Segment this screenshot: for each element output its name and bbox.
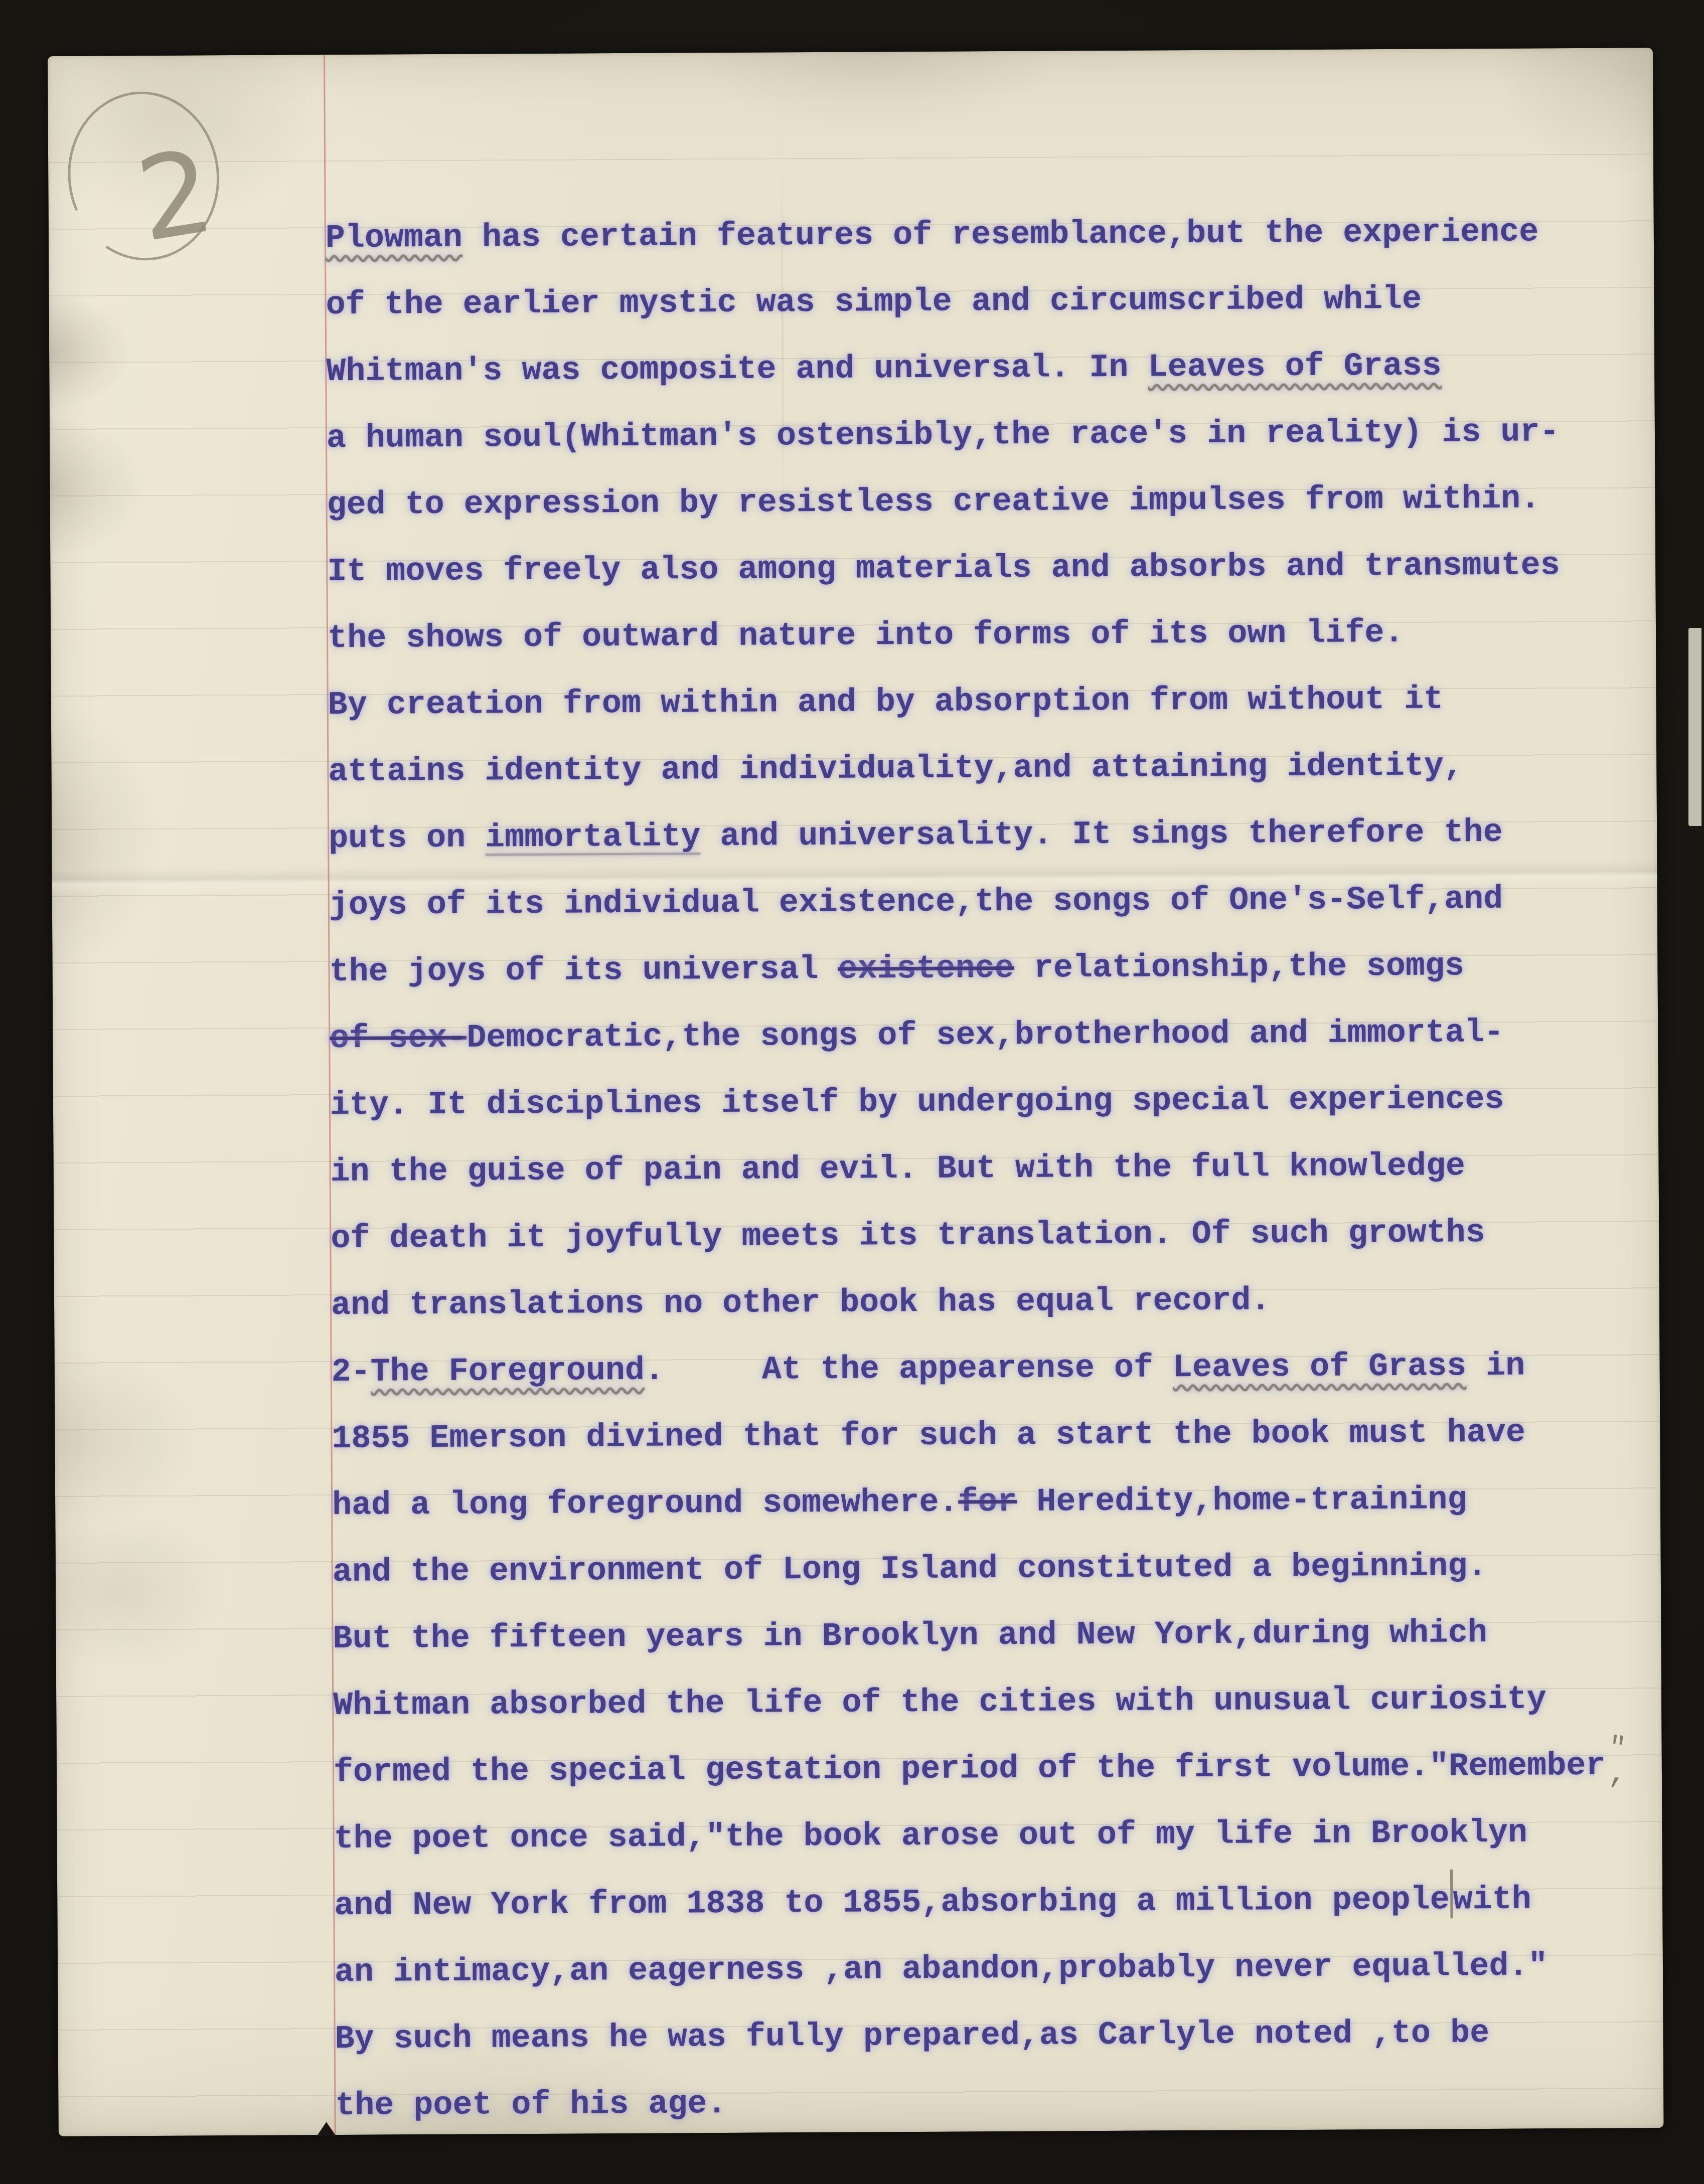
typed-line-29: the poet of his age. xyxy=(335,2066,1660,2139)
typed-line-12: the joys of its universal existence rela… xyxy=(329,932,1654,1005)
seg-u-pencil: The Foreground xyxy=(371,1352,645,1391)
seg-u-pencil: Leaves of Grass xyxy=(1148,347,1441,386)
text-segment: in the guise of pain and evil. But with … xyxy=(330,1147,1465,1191)
text-segment: has certain features of resemblance,but … xyxy=(462,213,1539,256)
seg-u-pencil: Plowman xyxy=(326,219,462,257)
seg-u-faint: immortality xyxy=(485,818,700,856)
text-segment: relationship,the somgs xyxy=(1014,947,1465,987)
seg-strike: of sex- xyxy=(330,1020,467,1057)
text-segment: Whitman absorbed the life of the cities … xyxy=(333,1681,1546,1724)
text-segment: ged to expression by resistless creative… xyxy=(327,480,1540,524)
typed-line-6: It moves freely also among materials and… xyxy=(327,532,1652,605)
typed-line-9: attains identity and individuality,and a… xyxy=(328,732,1653,805)
typed-line-8: By creation from within and by absorptio… xyxy=(328,665,1652,739)
text-segment: the poet of his age. xyxy=(335,2085,727,2124)
typed-line-26: and New York from 1838 to 1855,absorbing… xyxy=(334,1866,1659,1939)
text-segment: Heredity,home-training xyxy=(1017,1481,1467,1521)
typed-line-10: puts on immortality and universality. It… xyxy=(329,798,1653,872)
manuscript-page: 2 Plowman has certain features of resemb… xyxy=(48,48,1664,2136)
text-segment: had a long foreground somewhere. xyxy=(332,1484,959,1525)
text-segment: puts on xyxy=(329,819,485,857)
scan-background: { "document": { "page_number": "2", "col… xyxy=(0,0,1704,2184)
typed-line-11: joys of its individual existence,the son… xyxy=(329,865,1654,939)
text-segment: 2- xyxy=(332,1354,371,1391)
typed-line-16: of death it joyfully meets its translati… xyxy=(331,1199,1655,1272)
text-segment: Democratic,the songs of sex,brotherhood … xyxy=(467,1014,1504,1057)
typed-line-2: of the earlier mystic was simple and cir… xyxy=(326,265,1650,339)
text-segment: a human soul(Whitman's ostensibly,the ra… xyxy=(327,413,1560,457)
typed-line-1: Plowman has certain features of resembla… xyxy=(326,198,1650,272)
bottom-edge-notch xyxy=(317,2122,336,2136)
typed-line-27: an intimacy,an eagerness ,an abandon,pro… xyxy=(335,1932,1659,2006)
text-segment: an intimacy,an eagerness ,an abandon,pro… xyxy=(335,1947,1548,1991)
typed-line-7: the shows of outward nature into forms o… xyxy=(328,598,1652,672)
typed-line-22: But the fifteen years in Brooklyn and Ne… xyxy=(333,1599,1657,1672)
typed-line-20: had a long foreground somewhere.for Here… xyxy=(332,1465,1657,1539)
text-segment: the poet once said,"the book arose out o… xyxy=(334,1814,1527,1858)
typed-line-19: 1855 Emerson divined that for such a sta… xyxy=(332,1399,1656,1472)
text-segment: of the earlier mystic was simple and cir… xyxy=(326,281,1422,323)
text-segment: attains identity and individuality,and a… xyxy=(328,747,1463,790)
typed-line-23: Whitman absorbed the life of the cities … xyxy=(333,1665,1658,1739)
text-segment: 1855 Emerson divined that for such a sta… xyxy=(332,1414,1525,1457)
scan-edge-artifact xyxy=(1688,628,1701,826)
text-segment: formed the special gestation period of t… xyxy=(334,1747,1606,1791)
text-segment: of death it joyfully meets its translati… xyxy=(331,1214,1485,1257)
text-segment: joys of its individual existence,the son… xyxy=(329,881,1503,924)
text-segment: By creation from within and by absorptio… xyxy=(328,681,1444,724)
text-segment: the shows of outward nature into forms o… xyxy=(328,614,1404,657)
seg-strike: for xyxy=(958,1483,1017,1521)
text-segment: and the environment of Long Island const… xyxy=(333,1548,1487,1591)
text-segment: But the fifteen years in Brooklyn and Ne… xyxy=(333,1614,1487,1657)
typed-line-25: the poet once said,"the book arose out o… xyxy=(334,1799,1658,1873)
seg-strike: existence xyxy=(838,950,1014,988)
text-segment: Whitman's was composite and universal. I… xyxy=(326,349,1148,391)
typed-line-28: By such means he was fully prepared,as C… xyxy=(335,1999,1659,2073)
text-segment: the joys of its universal xyxy=(329,951,838,990)
seg-u-pencil: Leaves of Grass xyxy=(1173,1348,1466,1386)
page-number-annotation: 2 xyxy=(63,84,234,266)
typed-line-14: ity. It disciplines itself by undergoing… xyxy=(330,1065,1655,1139)
typed-line-15: in the guise of pain and evil. But with … xyxy=(330,1132,1655,1206)
text-segment: ity. It disciplines itself by undergoing… xyxy=(330,1081,1504,1124)
typed-line-3: Whitman's was composite and universal. I… xyxy=(326,331,1651,405)
text-segment: and translations no other book has equal… xyxy=(331,1282,1271,1324)
typed-line-17: and translations no other book has equal… xyxy=(331,1265,1656,1339)
text-segment: with xyxy=(1453,1881,1531,1919)
typed-text: Plowman has certain features of resembla… xyxy=(326,198,1660,2139)
typed-line-4: a human soul(Whitman's ostensibly,the ra… xyxy=(327,398,1651,472)
text-segment: . At the appearense of xyxy=(645,1349,1173,1389)
text-segment: and universality. It sings therefore the xyxy=(700,814,1503,855)
text-segment: By such means he was fully prepared,as C… xyxy=(335,2014,1490,2058)
typed-line-18: 2-The Foreground. At the appearense of L… xyxy=(331,1332,1656,1406)
typed-line-13: of sex-Democratic,the songs of sex,broth… xyxy=(330,998,1654,1072)
typed-line-24: formed the special gestation period of t… xyxy=(334,1732,1658,1806)
typed-line-21: and the environment of Long Island const… xyxy=(332,1532,1657,1606)
page-number: 2 xyxy=(128,124,222,266)
text-segment: in xyxy=(1466,1348,1525,1385)
text-segment: It moves freely also among materials and… xyxy=(327,547,1560,590)
text-segment: and New York from 1838 to 1855,absorbing… xyxy=(334,1881,1450,1924)
typed-line-5: ged to expression by resistless creative… xyxy=(327,465,1651,539)
